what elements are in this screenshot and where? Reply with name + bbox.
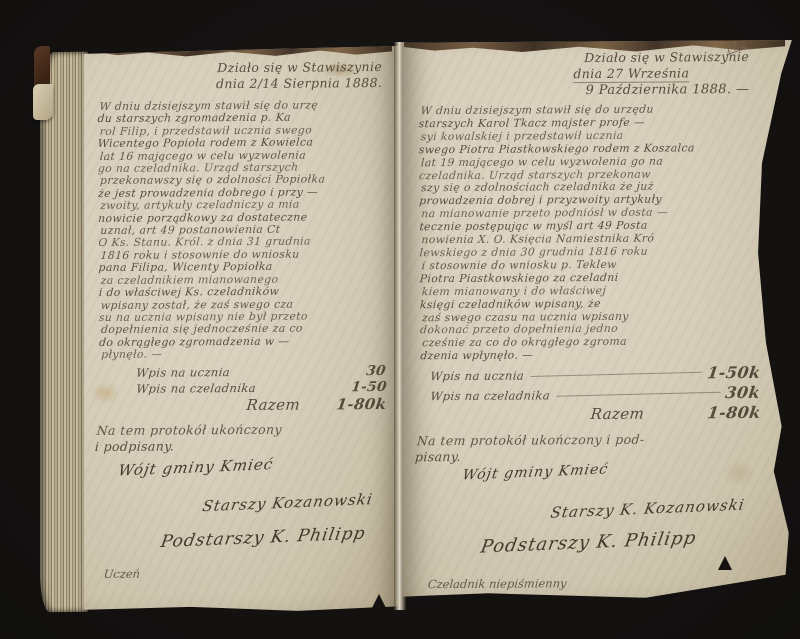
signature-wojt: Wójt gminy Kmieć xyxy=(117,455,275,479)
closing-line: Na tem protokół ukończony i pod- xyxy=(416,432,645,450)
fee-amount: 30k xyxy=(725,383,762,402)
closing-statement: Na tem protokół ukończony i pod- pisany. xyxy=(415,432,645,466)
fee-label: Wpis na czeladnika xyxy=(136,381,257,396)
right-footnote: Czeladnik niepiśmienny xyxy=(427,576,567,591)
fee-total-amount: 1-80k xyxy=(335,395,387,413)
fee-line xyxy=(650,413,701,415)
entry-body: W dniu dzisiejszym stawił się do urzędu … xyxy=(418,103,769,364)
entry-date-line: dnia 2/14 Sierpnia 1888. xyxy=(216,75,382,92)
fee-line xyxy=(236,370,361,374)
fee-list: Wpis na ucznia 1-50k Wpis na czeladnika … xyxy=(430,363,760,427)
fee-row: Wpis na ucznia 30 xyxy=(136,363,386,381)
page-edges-stack xyxy=(40,52,88,612)
entry-body: W dniu dzisiejszym stawił się do urzę du… xyxy=(97,99,396,362)
fee-total-row: Razem 1-80k xyxy=(136,395,386,413)
left-page-text: Działo się w Stawiszynie dnia 2/14 Sierp… xyxy=(82,45,400,613)
fee-total-label: Razem xyxy=(590,405,645,423)
entry-header: Działo się w Stawiszynie dnia 27 Wrześni… xyxy=(573,49,749,99)
closing-line: pisany. xyxy=(414,448,645,466)
worn-corner-fragment xyxy=(33,84,53,120)
entry-place-line: Działo się w Stawiszynie xyxy=(216,59,382,76)
fee-row: Wpis na czeladnika 30k xyxy=(430,383,760,405)
fee-amount: 30 xyxy=(366,363,388,379)
fee-line xyxy=(556,391,720,396)
left-footnote: Uczeń xyxy=(103,567,141,581)
fee-list: Wpis na ucznia 30 Wpis na czeladnika 1-5… xyxy=(136,363,386,413)
right-page-text: 112 Działo się w Stawiszynie dnia 27 Wrz… xyxy=(400,39,797,602)
fee-total-label: Razem xyxy=(246,396,301,414)
fee-row: Wpis na ucznia 1-50k xyxy=(430,363,760,385)
fee-amount: 1-50 xyxy=(350,379,388,395)
signature-starszy: Starszy Kozanowski xyxy=(201,490,374,515)
fee-line xyxy=(530,371,701,376)
register-photograph: Działo się w Stawiszynie dnia 2/14 Sierp… xyxy=(0,0,800,639)
signature-podstarszy: Podstarszy K. Philipp xyxy=(159,524,367,553)
manuscript-line: płynęło. — xyxy=(101,347,397,361)
fee-line xyxy=(306,403,330,405)
fee-label: Wpis na czeladnika xyxy=(430,388,551,403)
right-page: 112 Działo się w Stawiszynie dnia 27 Wrz… xyxy=(402,40,795,600)
fee-total-row: Razem 1-80k xyxy=(431,403,761,427)
fee-amount: 1-50k xyxy=(706,363,762,382)
fee-label: Wpis na ucznia xyxy=(136,365,231,380)
entry-date-lower: 9 Października 1888. — xyxy=(573,82,749,99)
closing-line: Na tem protokół ukończony xyxy=(96,422,282,439)
entry-date-upper: dnia 27 Września xyxy=(573,65,689,83)
closing-statement: Na tem protokół ukończony i podpisany. xyxy=(95,422,282,455)
entry-header: Działo się w Stawiszynie dnia 2/14 Sierp… xyxy=(216,59,383,92)
fee-label: Wpis na ucznia xyxy=(430,369,525,384)
fee-total-amount: 1-80k xyxy=(706,403,762,422)
fee-row: Wpis na czeladnika 1-50 xyxy=(136,379,386,397)
signature-starszy: Starszy K. Kozanowski xyxy=(549,496,746,522)
signature-podstarszy: Podstarszy K. Philipp xyxy=(479,528,698,558)
left-page: Działo się w Stawiszynie dnia 2/14 Sierp… xyxy=(84,46,398,612)
manuscript-line: dzenia wpłynęło. — xyxy=(420,348,770,363)
closing-line: i podpisany. xyxy=(94,438,282,455)
open-book: Działo się w Stawiszynie dnia 2/14 Sierp… xyxy=(0,0,800,639)
entry-place-line: Działo się w Stawiszynie xyxy=(573,49,749,66)
entry-date-line: dnia 27 Września xyxy=(573,65,689,83)
fee-line xyxy=(262,386,345,389)
